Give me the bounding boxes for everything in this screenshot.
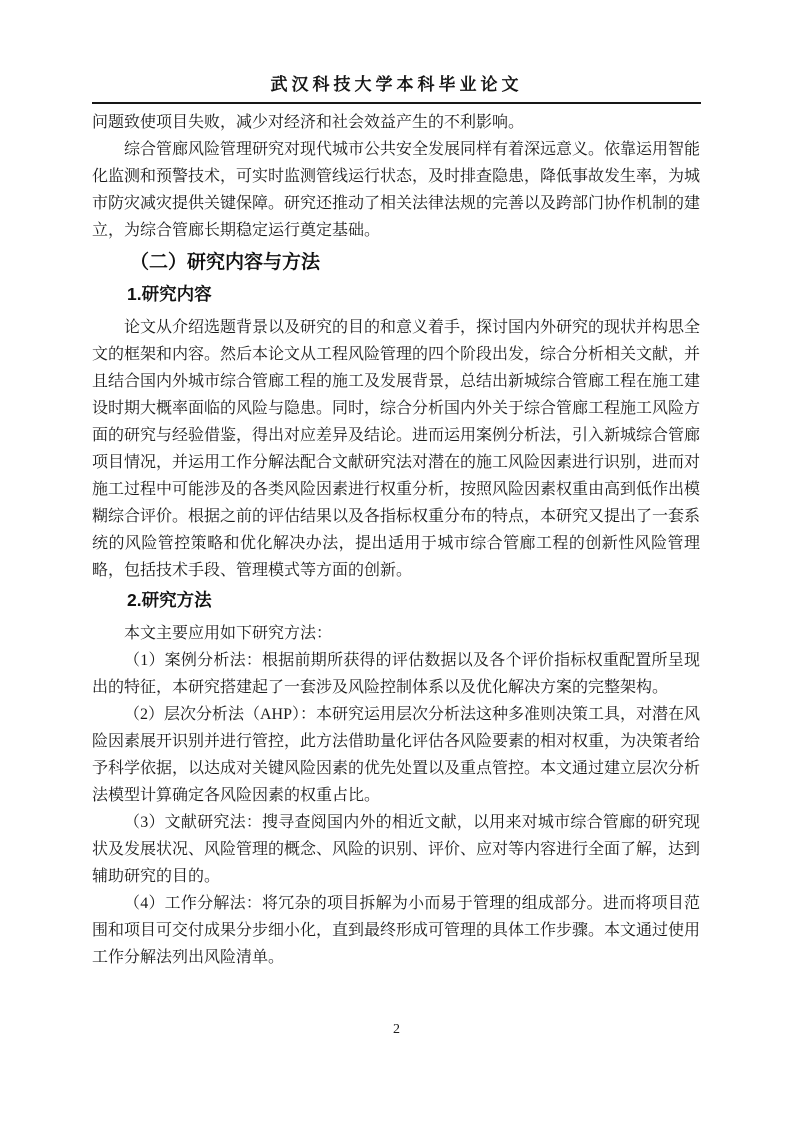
page-footer: 2 <box>0 1020 793 1040</box>
page-header: 武汉科技大学本科毕业论文 <box>0 0 793 104</box>
header-rule <box>92 102 701 104</box>
header-title: 武汉科技大学本科毕业论文 <box>0 74 793 96</box>
paragraph-research-content: 论文从介绍选题背景以及研究的目的和意义着手，探讨国内外研究的现状并构思全文的框架… <box>92 314 700 584</box>
paragraph-method-wbs: （4）工作分解法：将冗杂的项目拆解为小而易于管理的组成部分。进而将项目范围和项目… <box>92 890 700 971</box>
subsection-heading-research-methods: 2.研究方法 <box>92 586 700 614</box>
paragraph-significance: 综合管廊风险管理研究对现代城市公共安全发展同样有着深远意义。依靠运用智能化监测和… <box>92 136 700 244</box>
paragraph-method-case-analysis: （1）案例分析法：根据前期所获得的评估数据以及各个评价指标权重配置所呈现出的特征… <box>92 647 700 701</box>
page-number: 2 <box>393 1022 400 1037</box>
document-body: 问题致使项目失败，减少对经济和社会效益产生的不利影响。 综合管廊风险管理研究对现… <box>92 109 700 971</box>
paragraph-method-literature: （3）文献研究法：搜寻查阅国内外的相近文献，以用来对城市综合管廊的研究现状及发展… <box>92 809 700 890</box>
paragraph-methods-intro: 本文主要应用如下研究方法： <box>92 620 700 647</box>
section-heading: （二）研究内容与方法 <box>92 248 700 278</box>
paragraph-method-ahp: （2）层次分析法（AHP）：本研究运用层次分析法这种多准则决策工具，对潜在风险因… <box>92 701 700 809</box>
paragraph-carryover: 问题致使项目失败，减少对经济和社会效益产生的不利影响。 <box>92 109 700 136</box>
thesis-page: 武汉科技大学本科毕业论文 问题致使项目失败，减少对经济和社会效益产生的不利影响。… <box>0 0 793 1122</box>
subsection-heading-research-content: 1.研究内容 <box>92 280 700 308</box>
